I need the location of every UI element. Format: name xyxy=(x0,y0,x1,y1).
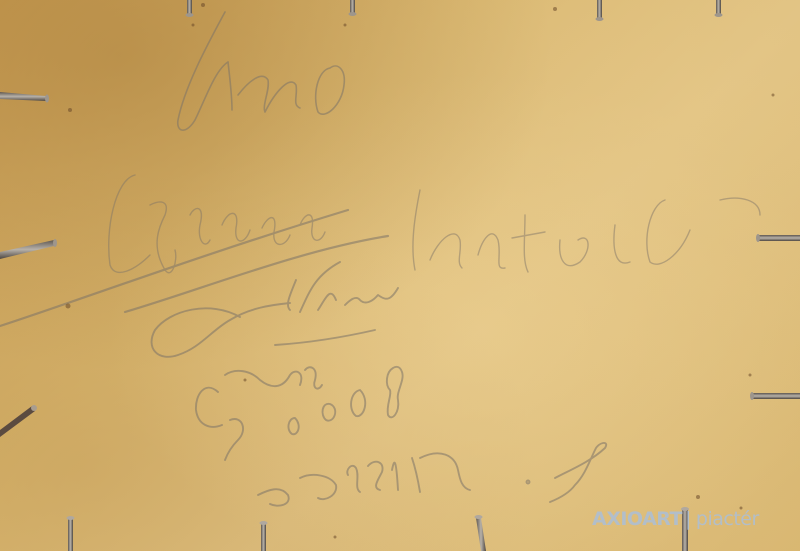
canvas-back-photo: Amo Czemer Antal Ecklar 8000 .- (inverte… xyxy=(0,0,800,551)
nail-icon-right xyxy=(750,234,800,400)
nail-icon-top xyxy=(186,0,723,21)
watermark-logo: AXIOART|piactér xyxy=(592,508,759,530)
surface-specks xyxy=(66,3,775,539)
nail-icon-left xyxy=(0,92,57,437)
nails xyxy=(0,0,800,551)
watermark-separator: | xyxy=(685,508,691,530)
watermark-brand: AXIOART xyxy=(592,508,682,530)
watermark-section: piactér xyxy=(696,508,759,530)
